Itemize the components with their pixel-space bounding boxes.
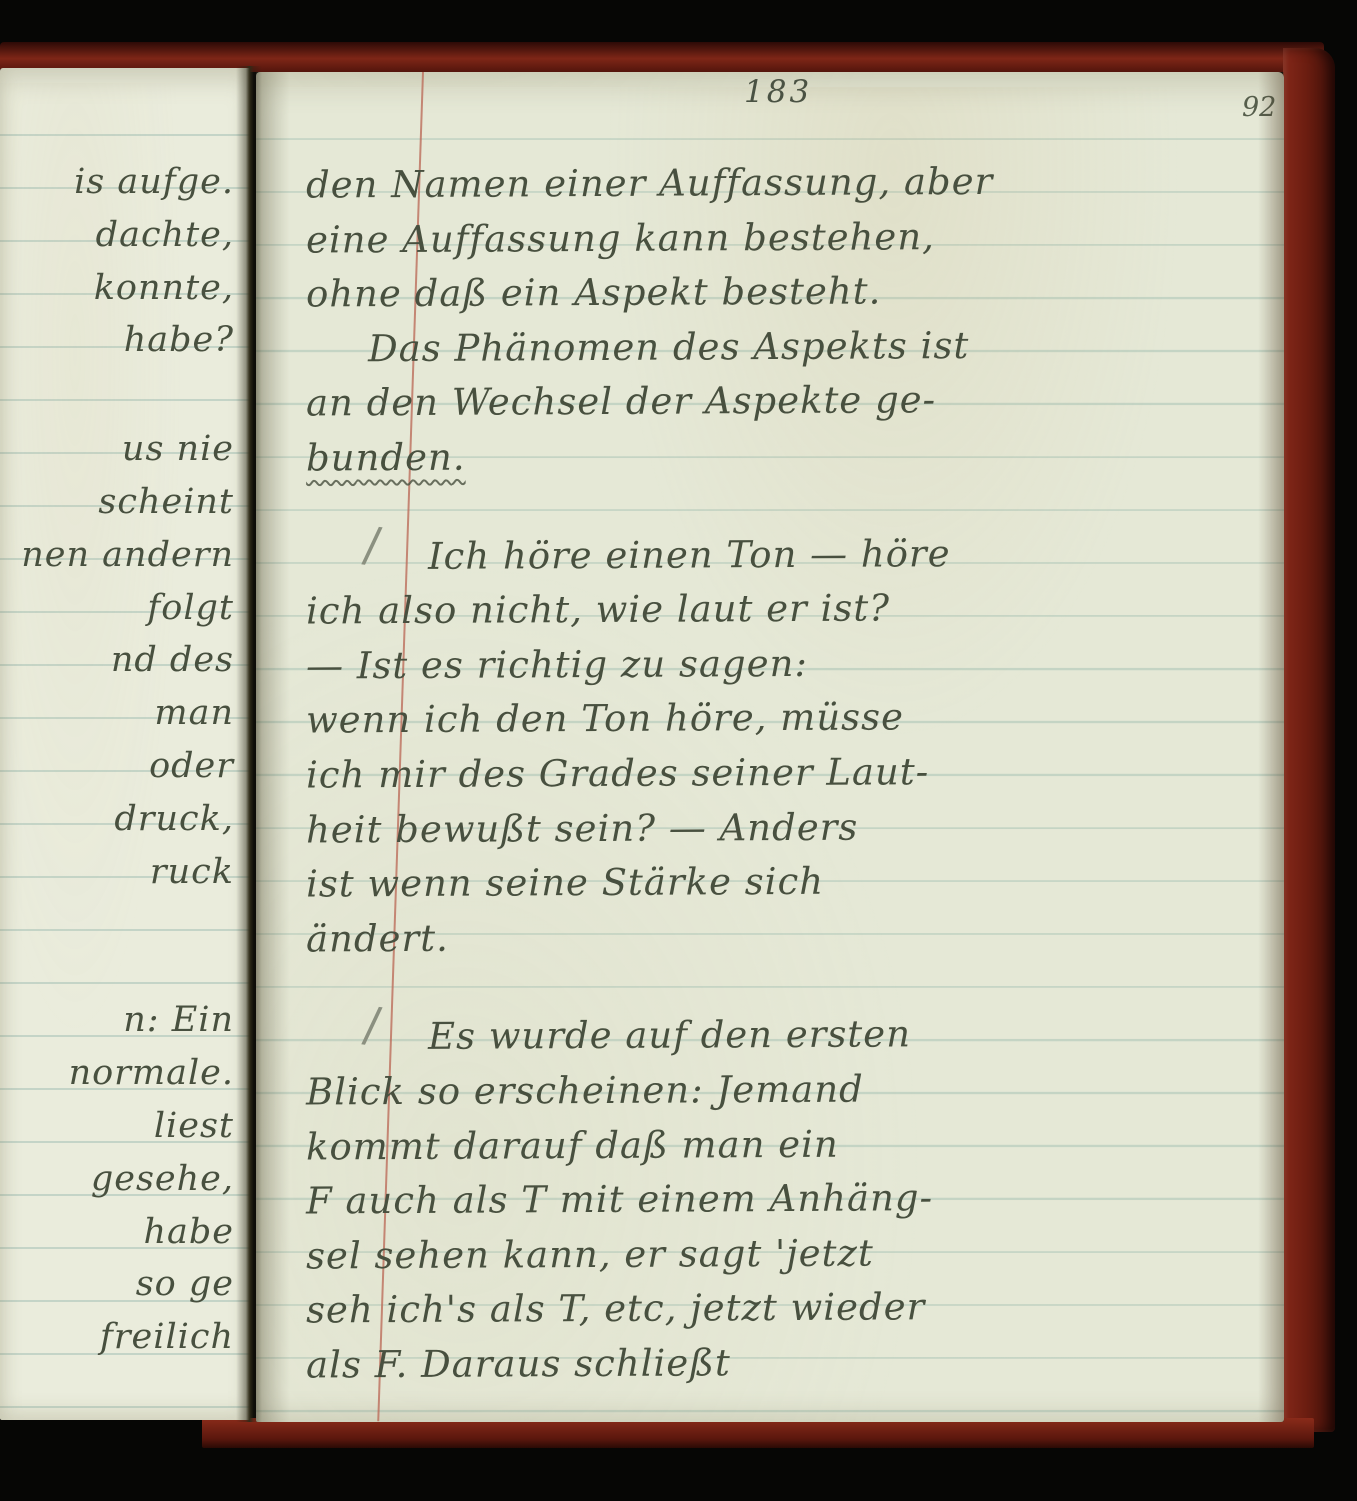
handwriting-line: bunden. [306,426,1266,486]
handwriting-fragment: nen andern [21,529,234,582]
handwriting-fragment: normale. [21,1047,234,1100]
fragment-text: gesehe, [91,1159,234,1199]
fragment-text: nd des [111,640,234,680]
handwriting-fragment: scheint [21,476,234,529]
handwriting-line: ich also nicht, wie laut er ist? [306,580,1266,640]
fragment-text: oder [149,746,234,786]
handwriting-fragment: konnte, [21,262,234,315]
handwriting-fragment: so ge [21,1258,234,1311]
binding-bottom-edge [202,1418,1314,1448]
fragment-text: konnte, [94,268,234,308]
handwriting-fragment: n: Ein [21,994,234,1047]
handwriting-fragment: habe [21,1206,234,1259]
handwriting-fragment: folgt [21,582,234,635]
page-number-corner: 92 [1242,92,1276,123]
line-text: den Namen einer Auffassung, aber [306,160,993,207]
handwriting-fragment: man [21,687,234,740]
notebook-photo: is aufge. dachte, konnte, habe? us nie s… [0,0,1357,1501]
right-page-text: den Namen einer Auffassung, aber eine Au… [306,156,1266,1390]
handwriting-fragment: dachte, [21,209,234,262]
handwriting-line: Das Phänomen des Aspekts ist [306,317,1266,377]
handwriting-fragment: freilich [21,1311,234,1364]
line-text: heit bewußt sein? — Anders [306,805,859,851]
fragment-text: habe? [124,320,234,360]
binding-right-cover [1283,48,1335,1432]
line-text: an den Wechsel der Aspekte ge- [306,379,936,425]
left-page-edge: is aufge. dachte, konnte, habe? us nie s… [0,68,250,1420]
handwriting-line: heit bewußt sein? — Anders [306,798,1266,858]
fragment-text: so ge [136,1264,234,1304]
line-text: — Ist es richtig zu sagen: [306,642,808,688]
section-slash-mark: / [360,517,384,573]
line-text: wenn ich den Ton höre, müsse [306,696,904,742]
line-text: sel sehen kann, er sagt 'jetzt [306,1231,874,1277]
handwriting-fragment: habe? [21,314,234,367]
handwriting-line: — Ist es richtig zu sagen: [306,634,1266,694]
handwriting-line: kommt darauf daß man ein [306,1115,1266,1175]
line-text: ist wenn seine Stärke sich [306,860,824,906]
handwriting-line: ich mir des Grades seiner Laut- [306,743,1266,803]
handwriting-line: / Es wurde auf den ersten [306,1006,1266,1066]
book-gutter [236,66,262,1422]
handwriting-fragment: us nie [21,423,234,476]
fragment-text: dachte, [96,215,234,255]
handwriting-line: als F. Daraus schließt [306,1333,1266,1393]
handwriting-fragment: oder [21,740,234,793]
line-text: Das Phänomen des Aspekts ist [368,324,970,370]
section-slash-mark: / [360,998,384,1054]
handwriting-line: eine Auffassung kann bestehen, [306,208,1266,268]
fragment-text: nen andern [21,535,234,575]
line-text: als F. Daraus schließt [306,1341,731,1386]
handwriting-line: / Ich höre einen Ton — höre [306,525,1266,585]
line-text: ich also nicht, wie laut er ist? [306,587,890,633]
handwriting-fragment: gesehe, [21,1153,234,1206]
line-text: ohne daß ein Aspekt besteht. [306,270,881,316]
handwriting-line: ändert. [306,907,1266,967]
page-number-center: 183 [744,74,812,110]
handwriting-line: Blick so erscheinen: Jemand [306,1060,1266,1120]
fragment-text: ruck [150,852,234,892]
handwriting-line: seh ich's als T, etc, jetzt wieder [306,1279,1266,1339]
fragment-text: us nie [122,429,234,469]
handwriting-fragment: is aufge. [21,156,234,209]
handwriting-line: F auch als T mit einem Anhäng- [306,1170,1266,1230]
handwriting-line: ist wenn seine Stärke sich [306,853,1266,913]
fragment-text: n: Ein [123,1000,234,1040]
handwriting-line: ohne daß ein Aspekt besteht. [306,263,1266,323]
fragment-text: liest [154,1106,234,1146]
fragment-text: habe [143,1212,234,1252]
fragment-text: druck, [114,799,234,839]
line-text: Es wurde auf den ersten [428,1013,911,1059]
handwriting-line: wenn ich den Ton höre, müsse [306,689,1266,749]
handwriting-fragment: nd des [21,634,234,687]
right-page: 183 92 den Namen einer Auffassung, aber … [256,72,1284,1422]
line-text: kommt darauf daß man ein [306,1122,839,1168]
fragment-text: scheint [98,482,234,522]
handwriting-line: an den Wechsel der Aspekte ge- [306,372,1266,432]
fragment-text: folgt [147,588,234,628]
line-text: ich mir des Grades seiner Laut- [306,750,929,796]
line-text: bunden. [306,436,466,480]
line-text: eine Auffassung kann bestehen, [306,215,935,261]
left-page-text: is aufge. dachte, konnte, habe? us nie s… [21,156,234,1364]
line-text: ändert. [306,916,449,960]
handwriting-line: sel sehen kann, er sagt 'jetzt [306,1224,1266,1284]
fragment-text: man [154,693,234,733]
handwriting-fragment: liest [21,1100,234,1153]
fragment-text: freilich [100,1317,234,1357]
fragment-text: normale. [69,1053,234,1093]
fragment-text: is aufge. [74,162,234,202]
handwriting-fragment: ruck [21,846,234,899]
line-text: Blick so erscheinen: Jemand [306,1067,864,1113]
handwriting-fragment: druck, [21,793,234,846]
line-text: seh ich's als T, etc, jetzt wieder [306,1286,925,1332]
line-text: Ich höre einen Ton — höre [428,532,951,578]
line-text: F auch als T mit einem Anhäng- [306,1176,933,1222]
handwriting-line: den Namen einer Auffassung, aber [306,153,1266,213]
